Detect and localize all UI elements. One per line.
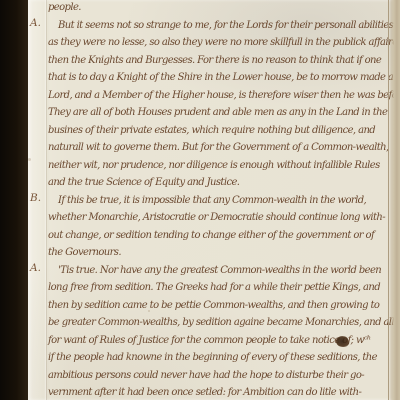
paper-speck xyxy=(28,158,31,161)
page-right-edge xyxy=(388,0,400,400)
manuscript-line: busines of their private estates, which … xyxy=(48,122,394,140)
paper-speck xyxy=(148,310,150,312)
manuscript-line: But it seems not so strange to me, for t… xyxy=(48,17,394,35)
manuscript-line: whether Monarchie, Aristocratie or Democ… xyxy=(48,209,394,227)
manuscript-line: Lord, and a Member of the Higher house, … xyxy=(48,87,394,105)
manuscript-line: 'Tis true. Nor have any the greatest Com… xyxy=(48,262,394,280)
paper-speck xyxy=(358,60,360,62)
margin-letter-b: B. xyxy=(30,192,46,204)
manuscript-scan: A. B. A. people. But it seems not so str… xyxy=(0,0,400,400)
manuscript-line: vernment after it had been once setled: … xyxy=(48,384,394,400)
manuscript-line: neither wit, nor prudence, nor diligence… xyxy=(48,157,394,175)
manuscript-line: people. xyxy=(48,0,394,17)
manuscript-page: A. B. A. people. But it seems not so str… xyxy=(28,0,400,400)
manuscript-line: long free from sedition. The Greeks had … xyxy=(48,279,394,297)
manuscript-line: and the true Science of Equity and Justi… xyxy=(48,174,394,192)
gutter-crease xyxy=(46,0,47,400)
manuscript-line: They are all of both Houses prudent and … xyxy=(48,104,394,122)
manuscript-line: If this be true, it is impossible that a… xyxy=(48,192,394,210)
manuscript-line: that is to day a Knight of the Shire in … xyxy=(48,69,394,87)
manuscript-line: then the Knights and Burgesses. For ther… xyxy=(48,52,394,70)
book-left-dark-edge xyxy=(0,0,30,400)
manuscript-line: ambitious persons could never have had t… xyxy=(48,367,394,385)
manuscript-line: the Governours. xyxy=(48,244,394,262)
manuscript-line: be greater Common-wealths, by sedition a… xyxy=(48,314,394,332)
manuscript-line: if the people had knowne in the beginnin… xyxy=(48,349,394,367)
margin-letter-a-1: A. xyxy=(30,17,46,29)
manuscript-line: naturall wit to governe them. But for th… xyxy=(48,139,394,157)
manuscript-line: as they were no lesse, so also they were… xyxy=(48,34,394,52)
margin-letter-a-2: A. xyxy=(30,262,46,274)
manuscript-line: then by sedition came to be pettie Commo… xyxy=(48,297,394,315)
manuscript-line: out change, or sedition tending to chang… xyxy=(48,227,394,245)
